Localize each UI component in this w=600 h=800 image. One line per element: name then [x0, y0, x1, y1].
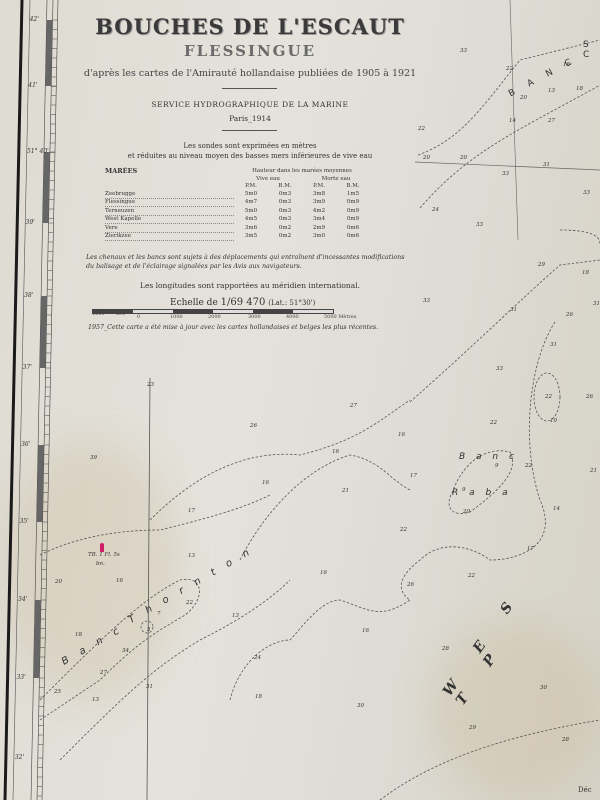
depth-sounding: 39 — [90, 455, 97, 461]
depth-sounding: 26 — [566, 312, 573, 318]
tide-value: 5m0 — [234, 190, 268, 198]
depth-sounding: 20 — [520, 95, 527, 101]
divider — [222, 88, 277, 89]
depth-sounding: 22 — [490, 420, 497, 426]
depth-sounding: 24 — [254, 655, 261, 661]
depth-sounding: 16 — [116, 578, 123, 584]
depth-sounding: 14 — [509, 118, 516, 124]
scale-tick: 4000 — [286, 314, 299, 320]
depth-sounding: 13 — [232, 613, 239, 619]
depth-sounding: 16 — [398, 432, 405, 438]
depth-sounding: 22 — [186, 600, 193, 606]
depth-sounding: 21 — [342, 488, 349, 494]
depth-sounding: 22 — [545, 394, 552, 400]
depth-sounding: 27 — [548, 118, 555, 124]
depth-sounding: 30 — [357, 703, 364, 709]
depth-sounding: 29 — [538, 262, 545, 268]
depth-sounding: 5 — [147, 627, 151, 633]
chart-subtitle: FLESSINGUE — [80, 42, 420, 60]
tide-value: 2m9 — [302, 224, 336, 233]
depth-sounding: 7 — [157, 611, 161, 617]
scale-text: Echelle de — [170, 298, 218, 308]
scale-tick: 3000 — [248, 314, 261, 320]
depth-sounding: 16 — [262, 480, 269, 486]
depth-sounding: 13 — [548, 88, 555, 94]
depth-sounding: 26 — [250, 423, 257, 429]
depth-sounding: 33 — [502, 171, 509, 177]
depth-sounding: 20 — [55, 579, 62, 585]
tides-heading: Hauteur dans les marées moyennes — [234, 167, 370, 175]
depth-sounding: 17 — [188, 508, 195, 514]
tide-value: 0m9 — [336, 215, 370, 224]
port-name: Zeebrugge — [105, 190, 234, 198]
depth-sounding: 18 — [576, 86, 583, 92]
tide-value: 0m3 — [268, 215, 302, 224]
depth-sounding: 17 — [527, 546, 534, 552]
port-name: Vere — [105, 224, 234, 233]
port-name: Zierikzee — [105, 232, 234, 241]
latitude-label: 37' — [23, 364, 32, 371]
latitude-label: 39' — [26, 219, 35, 226]
depth-sounding: 22 — [418, 126, 425, 132]
depth-sounding: 31 — [550, 342, 557, 348]
tide-value: 0m2 — [268, 224, 302, 233]
latitude-label: 34' — [18, 596, 27, 603]
tide-row: Zierikzee 3m5 0m2 3m0 0m6 — [105, 232, 370, 241]
tide-value: 3m8 — [302, 190, 336, 198]
latitude-label: 35' — [20, 518, 29, 525]
tide-value: 0m3 — [268, 207, 302, 216]
tide-value: 3m9 — [302, 198, 336, 207]
tide-value: 3m6 — [234, 224, 268, 233]
depth-sounding: 29 — [469, 725, 476, 731]
place-date: Paris_1914 — [80, 114, 420, 123]
corner-text: Déc — [578, 786, 592, 794]
depth-sounding: 16 — [332, 449, 339, 455]
tide-row: Zeebrugge 5m0 0m3 3m8 1m5 — [105, 190, 370, 198]
latitude-label: 33' — [16, 674, 25, 681]
scale-ratio: 1/69 470 — [221, 297, 266, 308]
depth-sounding: 26 — [586, 394, 593, 400]
tide-value: 0m9 — [336, 198, 370, 207]
tide-value: 4m7 — [234, 198, 268, 207]
port-name: Flessingue — [105, 198, 234, 207]
depth-sounding: 26 — [407, 582, 414, 588]
vive-eau-label: Vive eau — [234, 175, 302, 183]
tide-value: 3m4 — [302, 215, 336, 224]
depth-sounding: 33 — [496, 366, 503, 372]
depth-sounding: 27 — [100, 670, 107, 676]
banc-raba-label-1: B a n c — [459, 452, 518, 462]
col-header: B.M. — [336, 183, 370, 191]
scale-label: Echelle de 1/69 470 (Lat.: 51°30') — [170, 297, 315, 308]
depth-sounding: 22 — [400, 527, 407, 533]
depth-sounding: 22 — [525, 463, 532, 469]
tide-value: 0m6 — [336, 232, 370, 241]
update-note: 1957_Cette carte a été mise à jour avec … — [88, 323, 408, 332]
depth-sounding: 33 — [476, 222, 483, 228]
scale-lat: (Lat.: 51°30') — [268, 299, 315, 307]
depth-sounding: 20 — [460, 155, 467, 161]
depth-sounding: 33 — [583, 190, 590, 196]
latitude-label: 42' — [30, 16, 39, 23]
banc-top-suffix: S C — [583, 40, 600, 60]
depth-sounding: 22 — [468, 573, 475, 579]
tide-value: 1m5 — [336, 190, 370, 198]
depth-sounding: 18 — [582, 270, 589, 276]
depth-sounding: 25 — [54, 689, 61, 695]
tide-value: 0m3 — [268, 198, 302, 207]
port-name: Terneuzen — [105, 207, 234, 216]
tide-row: West Kapelle 4m5 0m3 3m4 0m9 — [105, 215, 370, 224]
tide-value: 0m9 — [336, 207, 370, 216]
depth-sounding: 9 — [495, 463, 499, 469]
tide-value: 0m2 — [268, 232, 302, 241]
tide-value: 0m6 — [336, 224, 370, 233]
depth-sounding: 20 — [423, 155, 430, 161]
beacon-sublabel: bn. — [96, 561, 105, 567]
depth-sounding: 30 — [540, 685, 547, 691]
latitude-label: 41' — [28, 82, 37, 89]
depth-sounding: 33 — [460, 48, 467, 54]
longitude-note: Les longitudes sont rapportées au méridi… — [80, 281, 420, 290]
latitude-label: 51° 40' — [27, 148, 49, 155]
depth-sounding: 27 — [350, 403, 357, 409]
depth-sounding: 28 — [562, 737, 569, 743]
depth-sounding: 20 — [463, 509, 470, 515]
soundings-note-2: et réduites au niveau moyen des basses m… — [80, 151, 420, 161]
latitude-scale — [31, 0, 58, 800]
depth-sounding: 23 — [147, 382, 154, 388]
tide-value: 4m2 — [302, 207, 336, 216]
depth-sounding: 18 — [75, 632, 82, 638]
depth-sounding: 28 — [442, 646, 449, 652]
depth-sounding: 16 — [320, 570, 327, 576]
depth-sounding: 16 — [362, 628, 369, 634]
depth-sounding: 24 — [432, 207, 439, 213]
tide-row: Vere 3m6 0m2 2m9 0m6 — [105, 224, 370, 233]
tide-table: MARÉES Hauteur dans les marées moyennes … — [105, 167, 370, 241]
source-note: d'après les cartes de l'Amirauté holland… — [80, 68, 420, 79]
depth-sounding: 14 — [553, 506, 560, 512]
depth-sounding: 31 — [543, 162, 550, 168]
service-name: SERVICE HYDROGRAPHIQUE DE LA MARINE — [80, 100, 420, 109]
depth-sounding: 31 — [510, 307, 517, 313]
beacon-label: TB. 1 Fl. 5s — [88, 552, 120, 558]
depth-sounding: 17 — [410, 473, 417, 479]
tide-value: 3m0 — [302, 232, 336, 241]
tide-value: 5m0 — [234, 207, 268, 216]
depth-sounding: 22 — [506, 66, 513, 72]
depth-sounding: 21 — [590, 468, 597, 474]
depth-sounding: 18 — [255, 694, 262, 700]
tide-value: 4m5 — [234, 215, 268, 224]
depth-sounding: 31 — [146, 684, 153, 690]
scale-tick: 1000 — [170, 314, 183, 320]
soundings-note-1: Les sondes sont exprimées en mètres — [80, 141, 420, 151]
depth-sounding: 13 — [188, 553, 195, 559]
beacon-light-icon — [100, 543, 104, 552]
scale-tick: 0 — [137, 314, 140, 320]
depth-sounding: 10 — [550, 418, 557, 424]
latitude-label: 36' — [21, 441, 30, 448]
depth-sounding: 33 — [423, 298, 430, 304]
col-header: P.M. — [302, 183, 336, 191]
tide-value: 0m3 — [268, 190, 302, 198]
divider — [222, 130, 277, 131]
tide-row: Flessingue 4m7 0m3 3m9 0m9 — [105, 198, 370, 207]
latitude-label: 32' — [15, 754, 24, 761]
tide-value: 3m5 — [234, 232, 268, 241]
warning-note: Les chenaux et les bancs sont sujets à d… — [86, 253, 406, 271]
scale-tick: 5000 Mètres — [324, 314, 356, 320]
port-name: West Kapelle — [105, 215, 234, 224]
scale-tick: 2000 — [208, 314, 221, 320]
tides-label: MARÉES — [105, 167, 234, 175]
depth-sounding: 31 — [593, 301, 600, 307]
depth-sounding: 13 — [92, 697, 99, 703]
depth-sounding: 18 — [563, 62, 570, 68]
col-header: B.M. — [268, 183, 302, 191]
nautical-chart: BOUCHES DE L'ESCAUT FLESSINGUE d'après l… — [0, 0, 600, 800]
latitude-label: 38' — [24, 292, 33, 299]
banc-raba-label-2: R a b a — [452, 488, 512, 498]
chart-title: BOUCHES DE L'ESCAUT — [80, 14, 420, 39]
depth-sounding: 34 — [122, 648, 129, 654]
col-header: P.M. — [234, 183, 268, 191]
depth-sounding: 9 — [462, 487, 466, 493]
tide-row: Terneuzen 5m0 0m3 4m2 0m9 — [105, 207, 370, 216]
morte-eau-label: Morte eau — [302, 175, 370, 183]
